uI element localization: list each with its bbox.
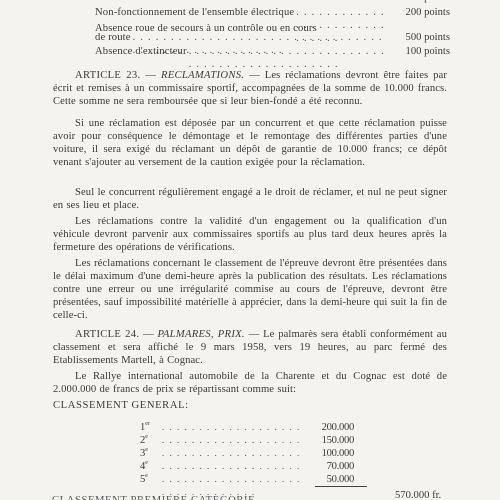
article-title: RECLAMATIONS. bbox=[161, 70, 244, 81]
sum-rule bbox=[315, 486, 367, 487]
dash: — bbox=[244, 70, 265, 81]
dash: — bbox=[139, 329, 157, 340]
dash: — bbox=[245, 329, 263, 340]
penalty-label-cont: de route bbox=[95, 31, 131, 44]
prize-amount: 50.000 bbox=[306, 473, 354, 486]
leader-dots: . . . . . . . . . . . . . . . . . . . . … bbox=[189, 45, 386, 71]
penalty-row-partial: …………………………………………………………………………… 50 points bbox=[95, 0, 450, 4]
classement-total: 570.000 fr. bbox=[395, 489, 441, 500]
article-23-intro: ARTICLE 23. — RECLAMATIONS. — Les réclam… bbox=[53, 69, 447, 108]
article-24-intro: ARTICLE 24. — PALMARES, PRIX. — Le palma… bbox=[53, 328, 447, 367]
penalty-value: 200 points bbox=[388, 6, 450, 19]
leader-dots: …………………………………………………………………………… bbox=[97, 0, 386, 4]
paragraph: Seul le concurrent régulièrement engagé … bbox=[53, 186, 447, 212]
paragraph: Les réclamations contre la validité d'un… bbox=[53, 215, 447, 254]
penalty-row: Absence d'extincteur . . . . . . . . . .… bbox=[95, 45, 450, 71]
paragraph: Les réclamations concernant le classemen… bbox=[53, 257, 447, 322]
classement-heading: CLASSEMENT GENERAL: bbox=[53, 399, 189, 412]
rank-label: 5e bbox=[140, 470, 162, 486]
next-section-heading-cutoff: CLASSEMENT PREMIERE CATEGORIE bbox=[52, 494, 255, 500]
penalty-value: 100 points bbox=[388, 45, 450, 58]
article-title: PALMARES, PRIX. bbox=[157, 329, 244, 340]
article-number: ARTICLE 24. bbox=[75, 329, 139, 340]
penalty-value: 50 points bbox=[388, 0, 450, 4]
dash: — bbox=[140, 70, 161, 81]
penalty-label: Absence d'extincteur bbox=[95, 45, 187, 58]
penalty-value: 500 points bbox=[388, 31, 450, 44]
article-number: ARTICLE 23. bbox=[75, 70, 140, 81]
penalty-label: Non-fonctionnement de l'ensemble électri… bbox=[95, 6, 294, 19]
document-page: …………………………………………………………………………… 50 points … bbox=[0, 0, 500, 500]
paragraph: Si une réclamation est déposée par un co… bbox=[53, 117, 447, 169]
paragraph: Le Rallye international automobile de la… bbox=[53, 370, 447, 396]
